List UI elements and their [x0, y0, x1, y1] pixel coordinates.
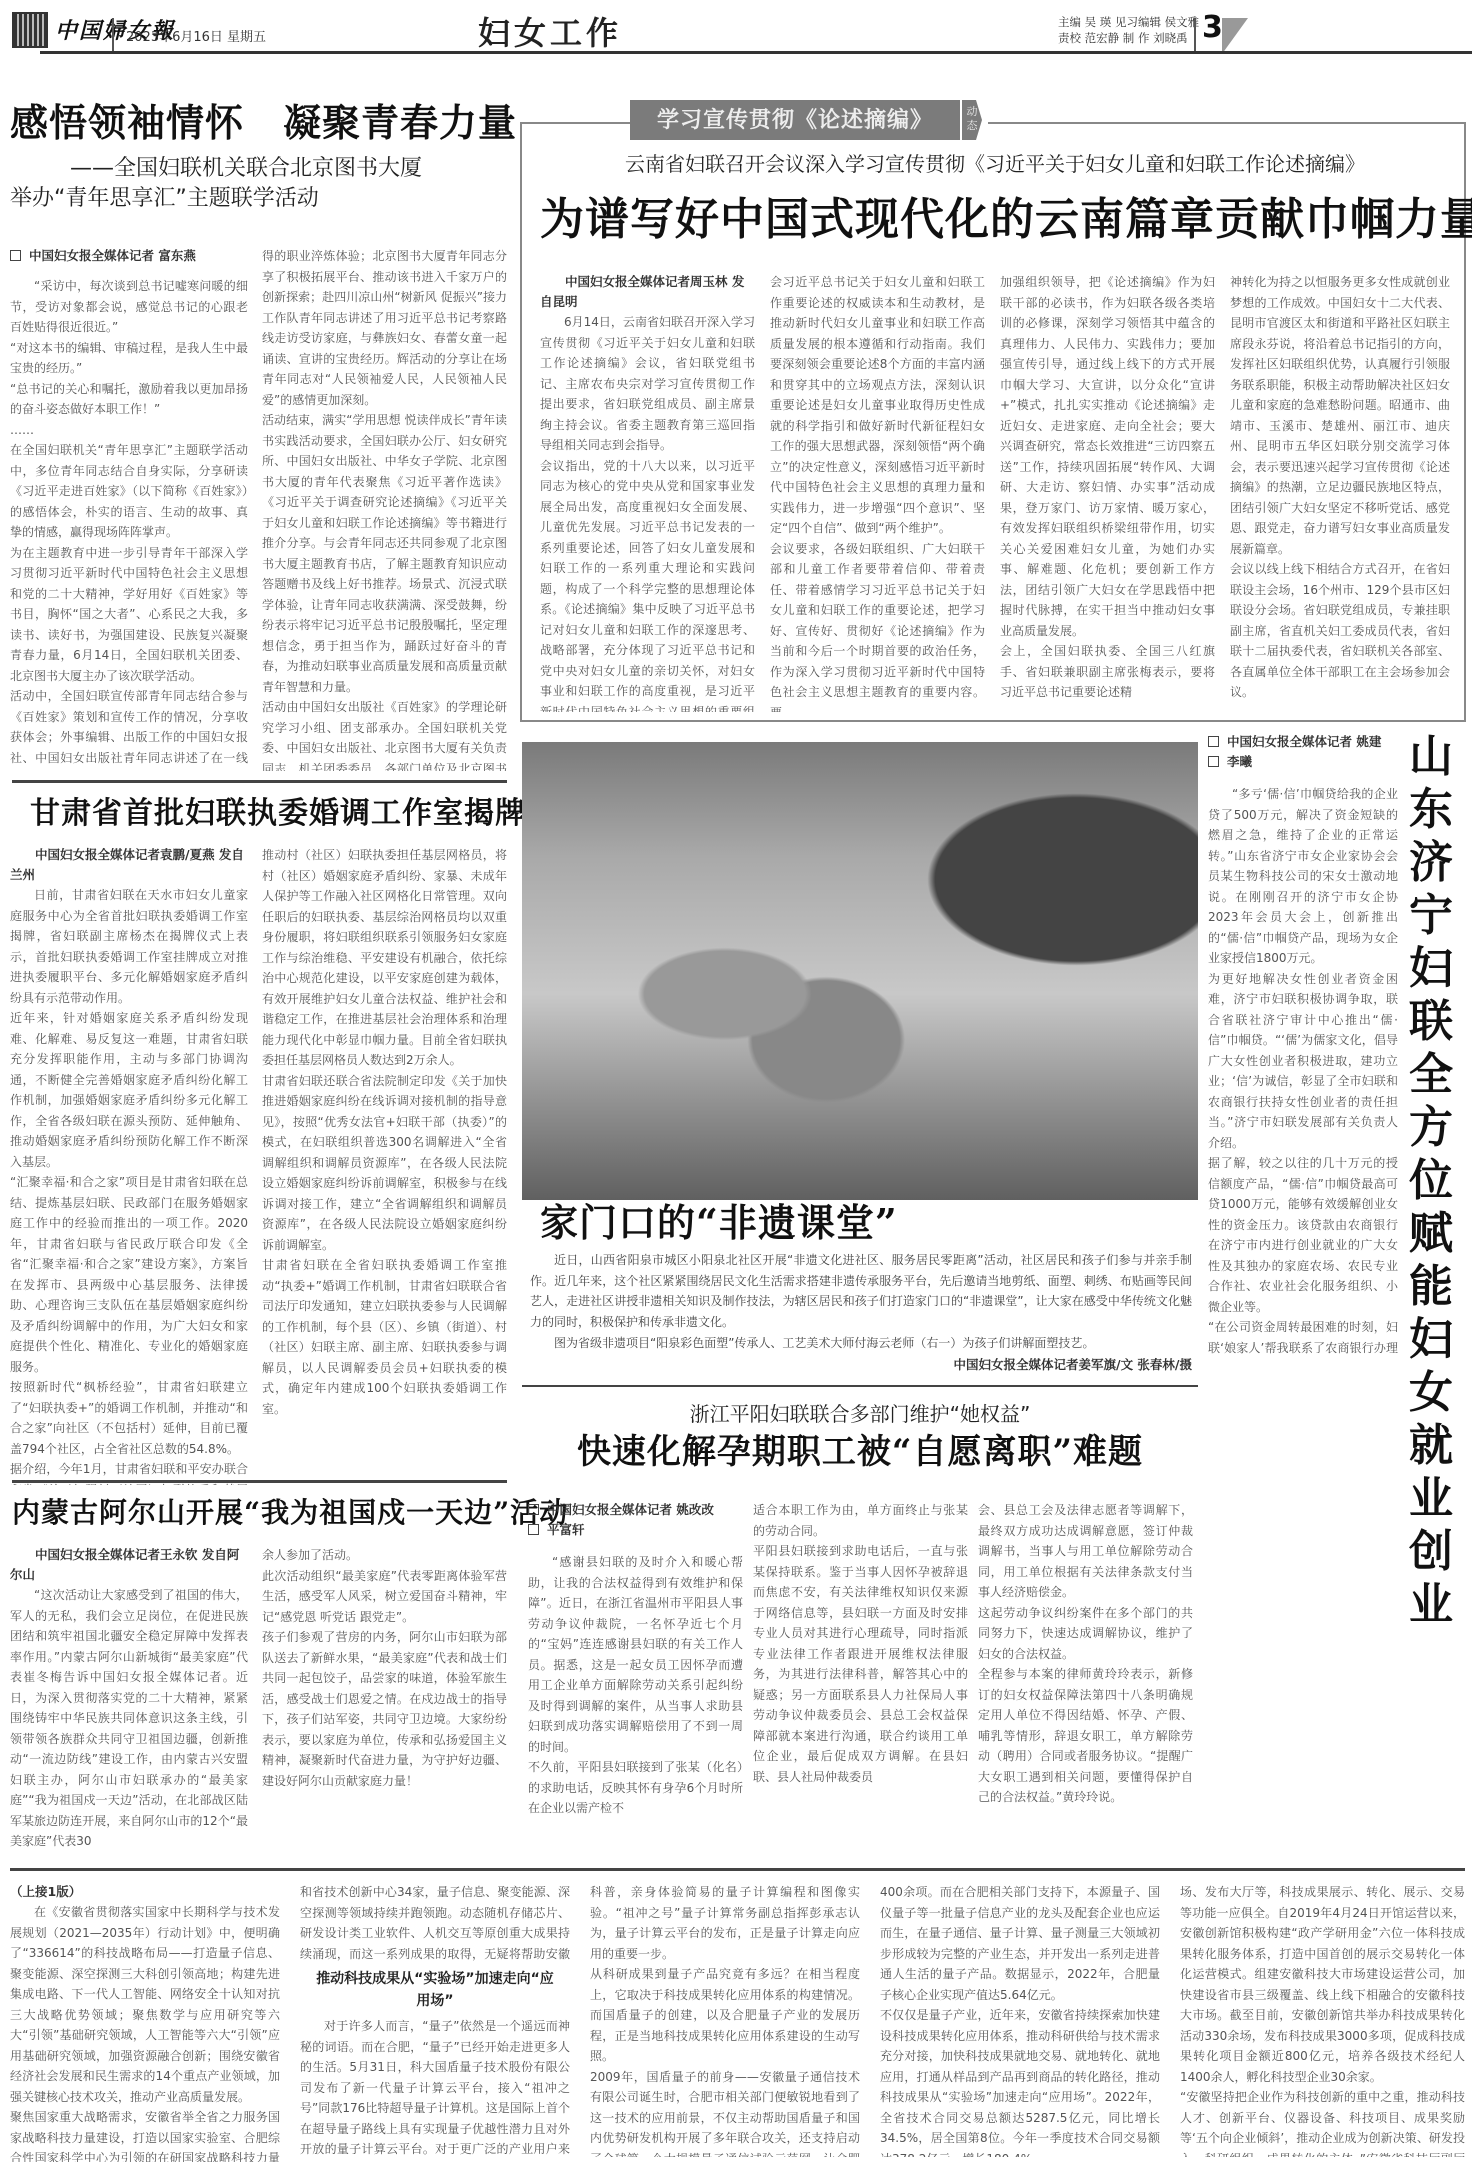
frame-top-left	[520, 122, 630, 124]
featured-col1-wrap: 中国妇女报全媒体记者周玉林 发自昆明 6月14日，云南省妇联召开深入学习宣传贯彻…	[540, 272, 755, 712]
article-subtitle-2: 举办“青年思享汇”主题联学活动	[10, 184, 510, 214]
featured-body-col1: 6月14日，云南省妇联召开深入学习宣传贯彻《习近平关于妇女儿童和妇联工作论述摘编…	[540, 312, 755, 712]
zhejiang-body-col3: 会、县总工会及法律志愿者等调解下，最终双方成功达成调解意愿，签订仲裁调解书，当事…	[978, 1500, 1193, 1845]
neimeng-body-col1: “这次活动让大家感受到了祖国的伟大，军人的无私，我们会立足岗位，在促进民族团结和…	[10, 1585, 248, 1865]
anhui-col2-wrap: 和省技术创新中心34家，量子信息、聚变能源、深空探测等领域持续并跑领跑。动态随机…	[300, 1882, 570, 2156]
page-corner-icon	[1222, 18, 1248, 54]
zhejiang-byline-1: 中国妇女报全媒体记者 姚改改	[528, 1500, 743, 1520]
article-youth-forum: 感悟领袖情怀 凝聚青春力量 ——全国妇联机关联合北京图书大厦 举办“青年思享汇”…	[10, 100, 510, 214]
shandong-byline-2: 李曦	[1208, 752, 1398, 772]
anhui-body-col3: 科普，亲身体验简易的量子计算编程和图像实验。“祖冲之号”量子计算常务副总指挥彭承…	[590, 1882, 860, 2157]
byline-box-icon	[1208, 736, 1219, 747]
featured-body-col2: 会习近平总书记关于妇女儿童和妇联工作重要论述的权威读本和生动教材，是推动新时代妇…	[770, 272, 985, 712]
anhui-body-col2b: 对于许多人而言，“量子”依然是一个遥远而神秘的词语。而在合肥，“量子”已经开始走…	[300, 2016, 570, 2156]
anhui-col1-wrap: （上接1版） 在《安徽省贯彻落实国家中长期科学与技术发展规划（2021—2035…	[10, 1882, 280, 2162]
featured-byline: 中国妇女报全媒体记者周玉林 发自昆明	[540, 272, 755, 312]
byline-box-icon	[528, 1524, 539, 1535]
featured-body-col3: 加强组织领导，把《论述摘编》作为妇联干部的必读书，作为妇联各级各类培训的必修课，…	[1000, 272, 1215, 712]
byline-box-icon	[10, 250, 21, 261]
masthead-divider	[112, 18, 114, 52]
byline-text: 中国妇女报全媒体记者 姚改改	[547, 1502, 714, 1517]
anhui-body-col4: 400余项。而在合肥相关部门支持下，本源量子、国仪量子等一批量子信息产业的龙头及…	[880, 1882, 1160, 2157]
zhejiang-byline-2: 平富轩	[528, 1520, 743, 1540]
section-divider	[522, 1385, 1198, 1387]
gansu-body-col1: 日前，甘肃省妇联在天水市妇女儿童家庭服务中心为全省首批妇联执委婚调工作室揭牌，省…	[10, 885, 248, 1485]
section-divider	[12, 780, 507, 783]
page-number-divider	[1194, 18, 1196, 52]
issue-date: 2023年6月16日 星期五	[126, 26, 266, 45]
neimeng-title: 内蒙古阿尔山开展“我为祖国戍一天边”活动	[12, 1494, 568, 1532]
featured-body-col4: 神转化为持之以恒服务更多女性成就创业梦想的工作成效。中国妇女十二大代表、昆明市官…	[1230, 272, 1450, 712]
photo-craft-class	[522, 742, 1198, 1200]
byline-text: 中国妇女报全媒体记者 富东燕	[29, 248, 196, 263]
gansu-col1-wrap: 中国妇女报全媒体记者袁鹏/夏燕 发自兰州 日前，甘肃省妇联在天水市妇女儿童家庭服…	[10, 845, 248, 1485]
editor-line-2: 责校 范宏静 制 作 刘晓禹	[1058, 30, 1199, 46]
anhui-body-col1: 在《安徽省贯彻落实国家中长期科学与技术发展规划（2021—2035年）行动计划》…	[10, 1902, 280, 2162]
article-subtitle-1: ——全国妇联机关联合北京图书大厦	[10, 154, 510, 184]
featured-kicker: 云南省妇联召开会议深入学习宣传贯彻《习近平关于妇女儿童和妇联工作论述摘编》	[540, 148, 1450, 177]
section-divider	[10, 1868, 1465, 1871]
gansu-body-col2: 推动村（社区）妇联执委担任基层网格员，将村（社区）婚姻家庭矛盾纠纷、家暴、未成年…	[262, 845, 507, 1465]
editor-line-1: 主编 吴 瑛 见习编辑 侯文雅	[1058, 14, 1199, 30]
photo-caption: 图为省级非遗项目“阳泉彩色面塑”传承人、工艺美术大师付海云老师（右一）为孩子们讲…	[530, 1333, 1192, 1354]
gansu-title: 甘肃省首批妇联执委婚调工作室揭牌	[30, 794, 526, 834]
photo-story-title: 家门口的“非遗课堂”	[540, 1200, 898, 1246]
zhejiang-body-col2: 适合本职工作为由，单方面终止与张某的劳动合同。 平阳县妇联接到求助电话后，一直与…	[753, 1500, 968, 1845]
shandong-body-bottom	[1208, 1360, 1466, 1845]
zhejiang-title: 快速化解孕期职工被“自愿离职”难题	[520, 1428, 1200, 1476]
anhui-body-col2: 和省技术创新中心34家，量子信息、聚变能源、深空探测等领域持续并跑领跑。动态随机…	[300, 1882, 570, 1964]
featured-title: 为谱写好中国式现代化的云南篇章贡献巾帼力量	[540, 190, 1450, 250]
zhejiang-kicker: 浙江平阳妇联联合多部门维护“她权益”	[520, 1398, 1200, 1427]
anhui-body-col5: 场、发布大厅等，科技成果展示、转化、展示、交易等功能一应俱全。自2019年4月2…	[1180, 1882, 1465, 2157]
section-divider	[12, 1480, 507, 1483]
shandong-byline-1: 中国妇女报全媒体记者 姚建	[1208, 732, 1398, 752]
article-body-col1: “采访中，每次谈到总书记嘘寒问暖的细节，受访对象都会说，感觉总书记的心跟老百姓贴…	[10, 276, 248, 771]
photo-story-body: 近日，山西省阳泉市城区小阳泉北社区开展“非遗文化进社区、服务居民零距离”活动，社…	[530, 1250, 1192, 1332]
neimeng-byline: 中国妇女报全媒体记者王永钦 发自阿尔山	[10, 1545, 248, 1585]
page-number: 3	[1202, 10, 1223, 45]
gansu-byline: 中国妇女报全媒体记者袁鹏/夏燕 发自兰州	[10, 845, 248, 885]
column-tag: 学习宣传贯彻《论述摘编》	[630, 100, 960, 140]
neimeng-col1-wrap: 中国妇女报全媒体记者王永钦 发自阿尔山 “这次活动让大家感受到了祖国的伟大，军人…	[10, 1545, 248, 1865]
byline-box-icon	[1208, 756, 1219, 767]
editor-credits: 主编 吴 瑛 见习编辑 侯文雅 责校 范宏静 制 作 刘晓禹	[1058, 14, 1199, 46]
masthead-rule	[40, 51, 1472, 54]
byline: 中国妇女报全媒体记者 富东燕	[10, 246, 250, 266]
byline-text: 李曦	[1227, 754, 1252, 769]
section-title: 妇女工作	[478, 8, 622, 54]
byline-text: 平富轩	[547, 1522, 585, 1537]
frame-top-right	[988, 122, 1466, 124]
shandong-body-top: “多亏‘儒·信’巾帼贷给我的企业贷了500万元，解决了资金短缺的燃眉之急，维持了…	[1208, 784, 1398, 1354]
qr-code-icon[interactable]	[12, 12, 48, 48]
continued-label: （上接1版）	[10, 1882, 280, 1902]
anhui-subhead: 推动科技成果从“实验场”加速走向“应用场”	[300, 1964, 570, 2016]
article-title: 感悟领袖情怀 凝聚青春力量	[10, 100, 510, 146]
article-body-col2: 得的职业淬炼体验；北京图书大厦青年同志分享了积极拓展平台、推动该书进入千家万户的…	[262, 246, 507, 771]
byline-text: 中国妇女报全媒体记者 姚建	[1227, 734, 1381, 749]
byline-box-icon	[528, 1504, 539, 1515]
photo-credit: 中国妇女报全媒体记者姜军旗/文 张春林/摄	[530, 1355, 1192, 1375]
neimeng-body-col2: 余人参加了活动。 此次活动组织“最美家庭”代表零距离体验军营生活，感受军人风采，…	[262, 1545, 507, 1845]
zhejiang-body-col1: “感谢县妇联的及时介入和暖心帮助，让我的合法权益得到有效维护和保障”。近日，在浙…	[528, 1552, 743, 1847]
